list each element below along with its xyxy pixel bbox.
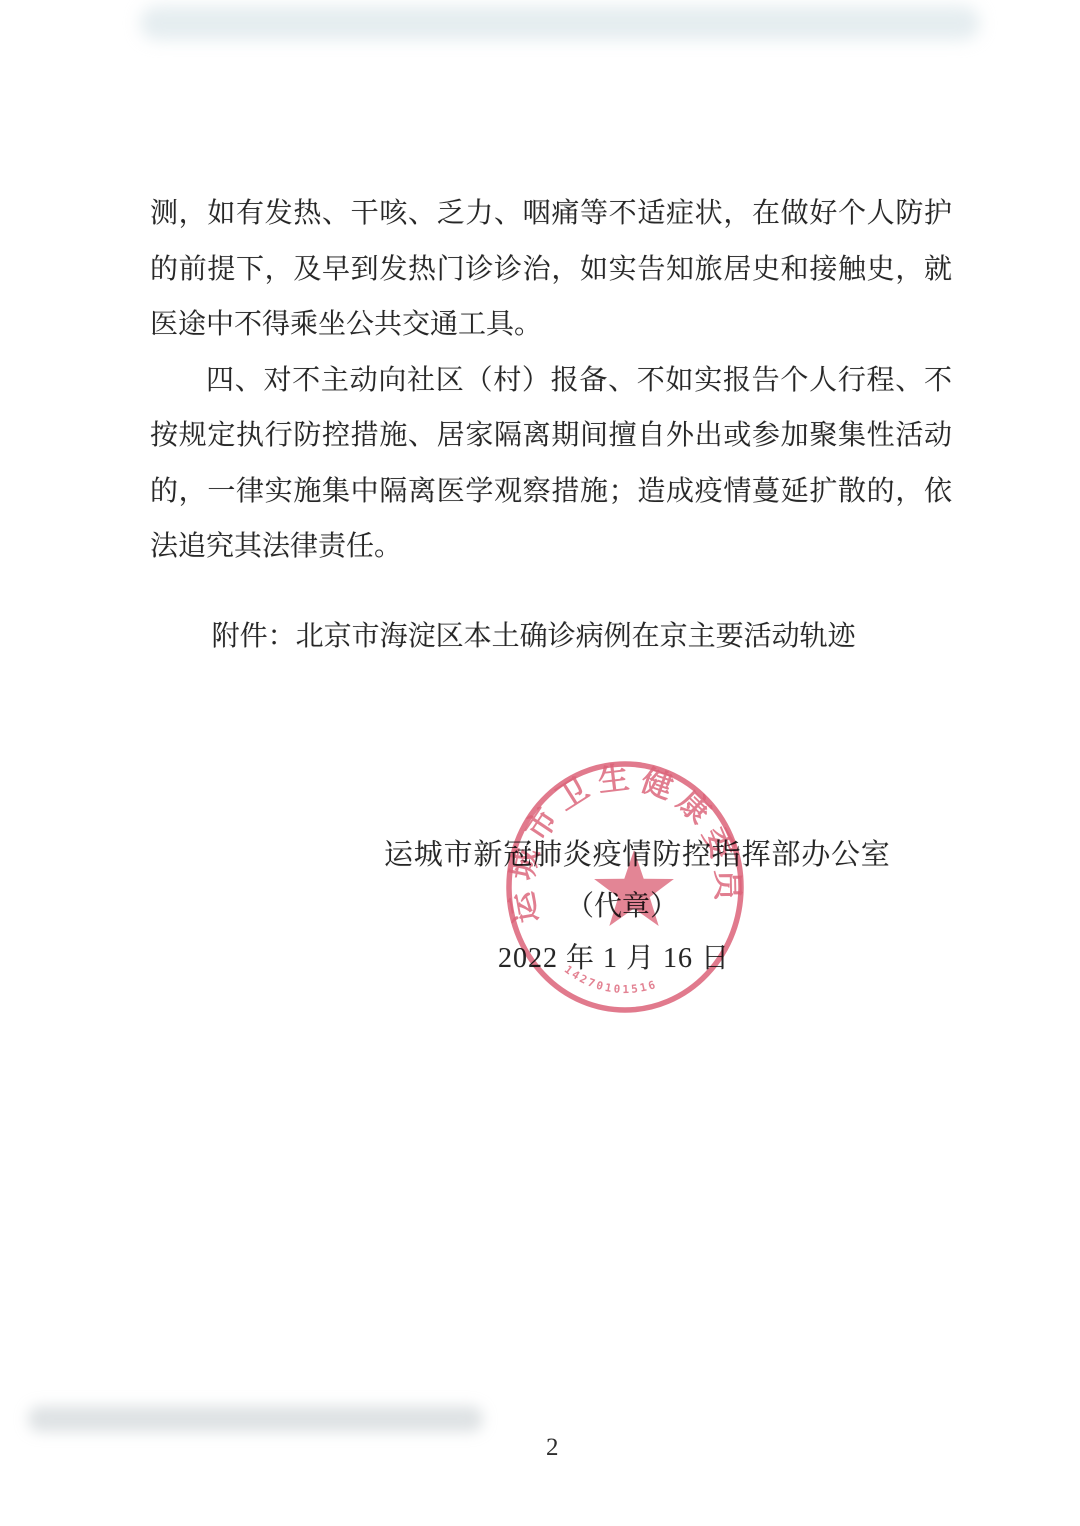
body-line: 四、对不主动向社区（村）报备、不如实报告个人行程、不 (150, 353, 952, 409)
document-page: 测，如有发热、干咳、乏力、咽痛等不适症状，在做好个人防护 的前提下，及早到发热门… (0, 0, 1080, 1526)
seal-star-icon (594, 850, 674, 926)
official-seal-stamp: 运城市卫生健康委员会 14270101516 (503, 758, 747, 1020)
scan-smudge-bottom (28, 1406, 483, 1432)
body-line: 按规定执行防控措施、居家隔离期间擅自外出或参加聚集性活动 (150, 408, 952, 464)
body-line: 的前提下，及早到发热门诊诊治，如实告知旅居史和接触史，就 (150, 242, 952, 298)
body-line: 医途中不得乘坐公共交通工具。 (150, 297, 952, 353)
body-line: 测，如有发热、干咳、乏力、咽痛等不适症状，在做好个人防护 (150, 186, 952, 242)
page-number: 2 (546, 1434, 559, 1462)
attachment-line: 附件：北京市海淀区本土确诊病例在京主要活动轨迹 (150, 609, 952, 665)
body-line: 法追究其法律责任。 (150, 519, 952, 575)
body-line: 的，一律实施集中隔离医学观察措施；造成疫情蔓延扩散的，依 (150, 464, 952, 520)
scan-smudge-top (140, 6, 980, 40)
seal-code-text: 14270101516 (562, 963, 659, 996)
document-body: 测，如有发热、干咳、乏力、咽痛等不适症状，在做好个人防护 的前提下，及早到发热门… (150, 186, 952, 664)
